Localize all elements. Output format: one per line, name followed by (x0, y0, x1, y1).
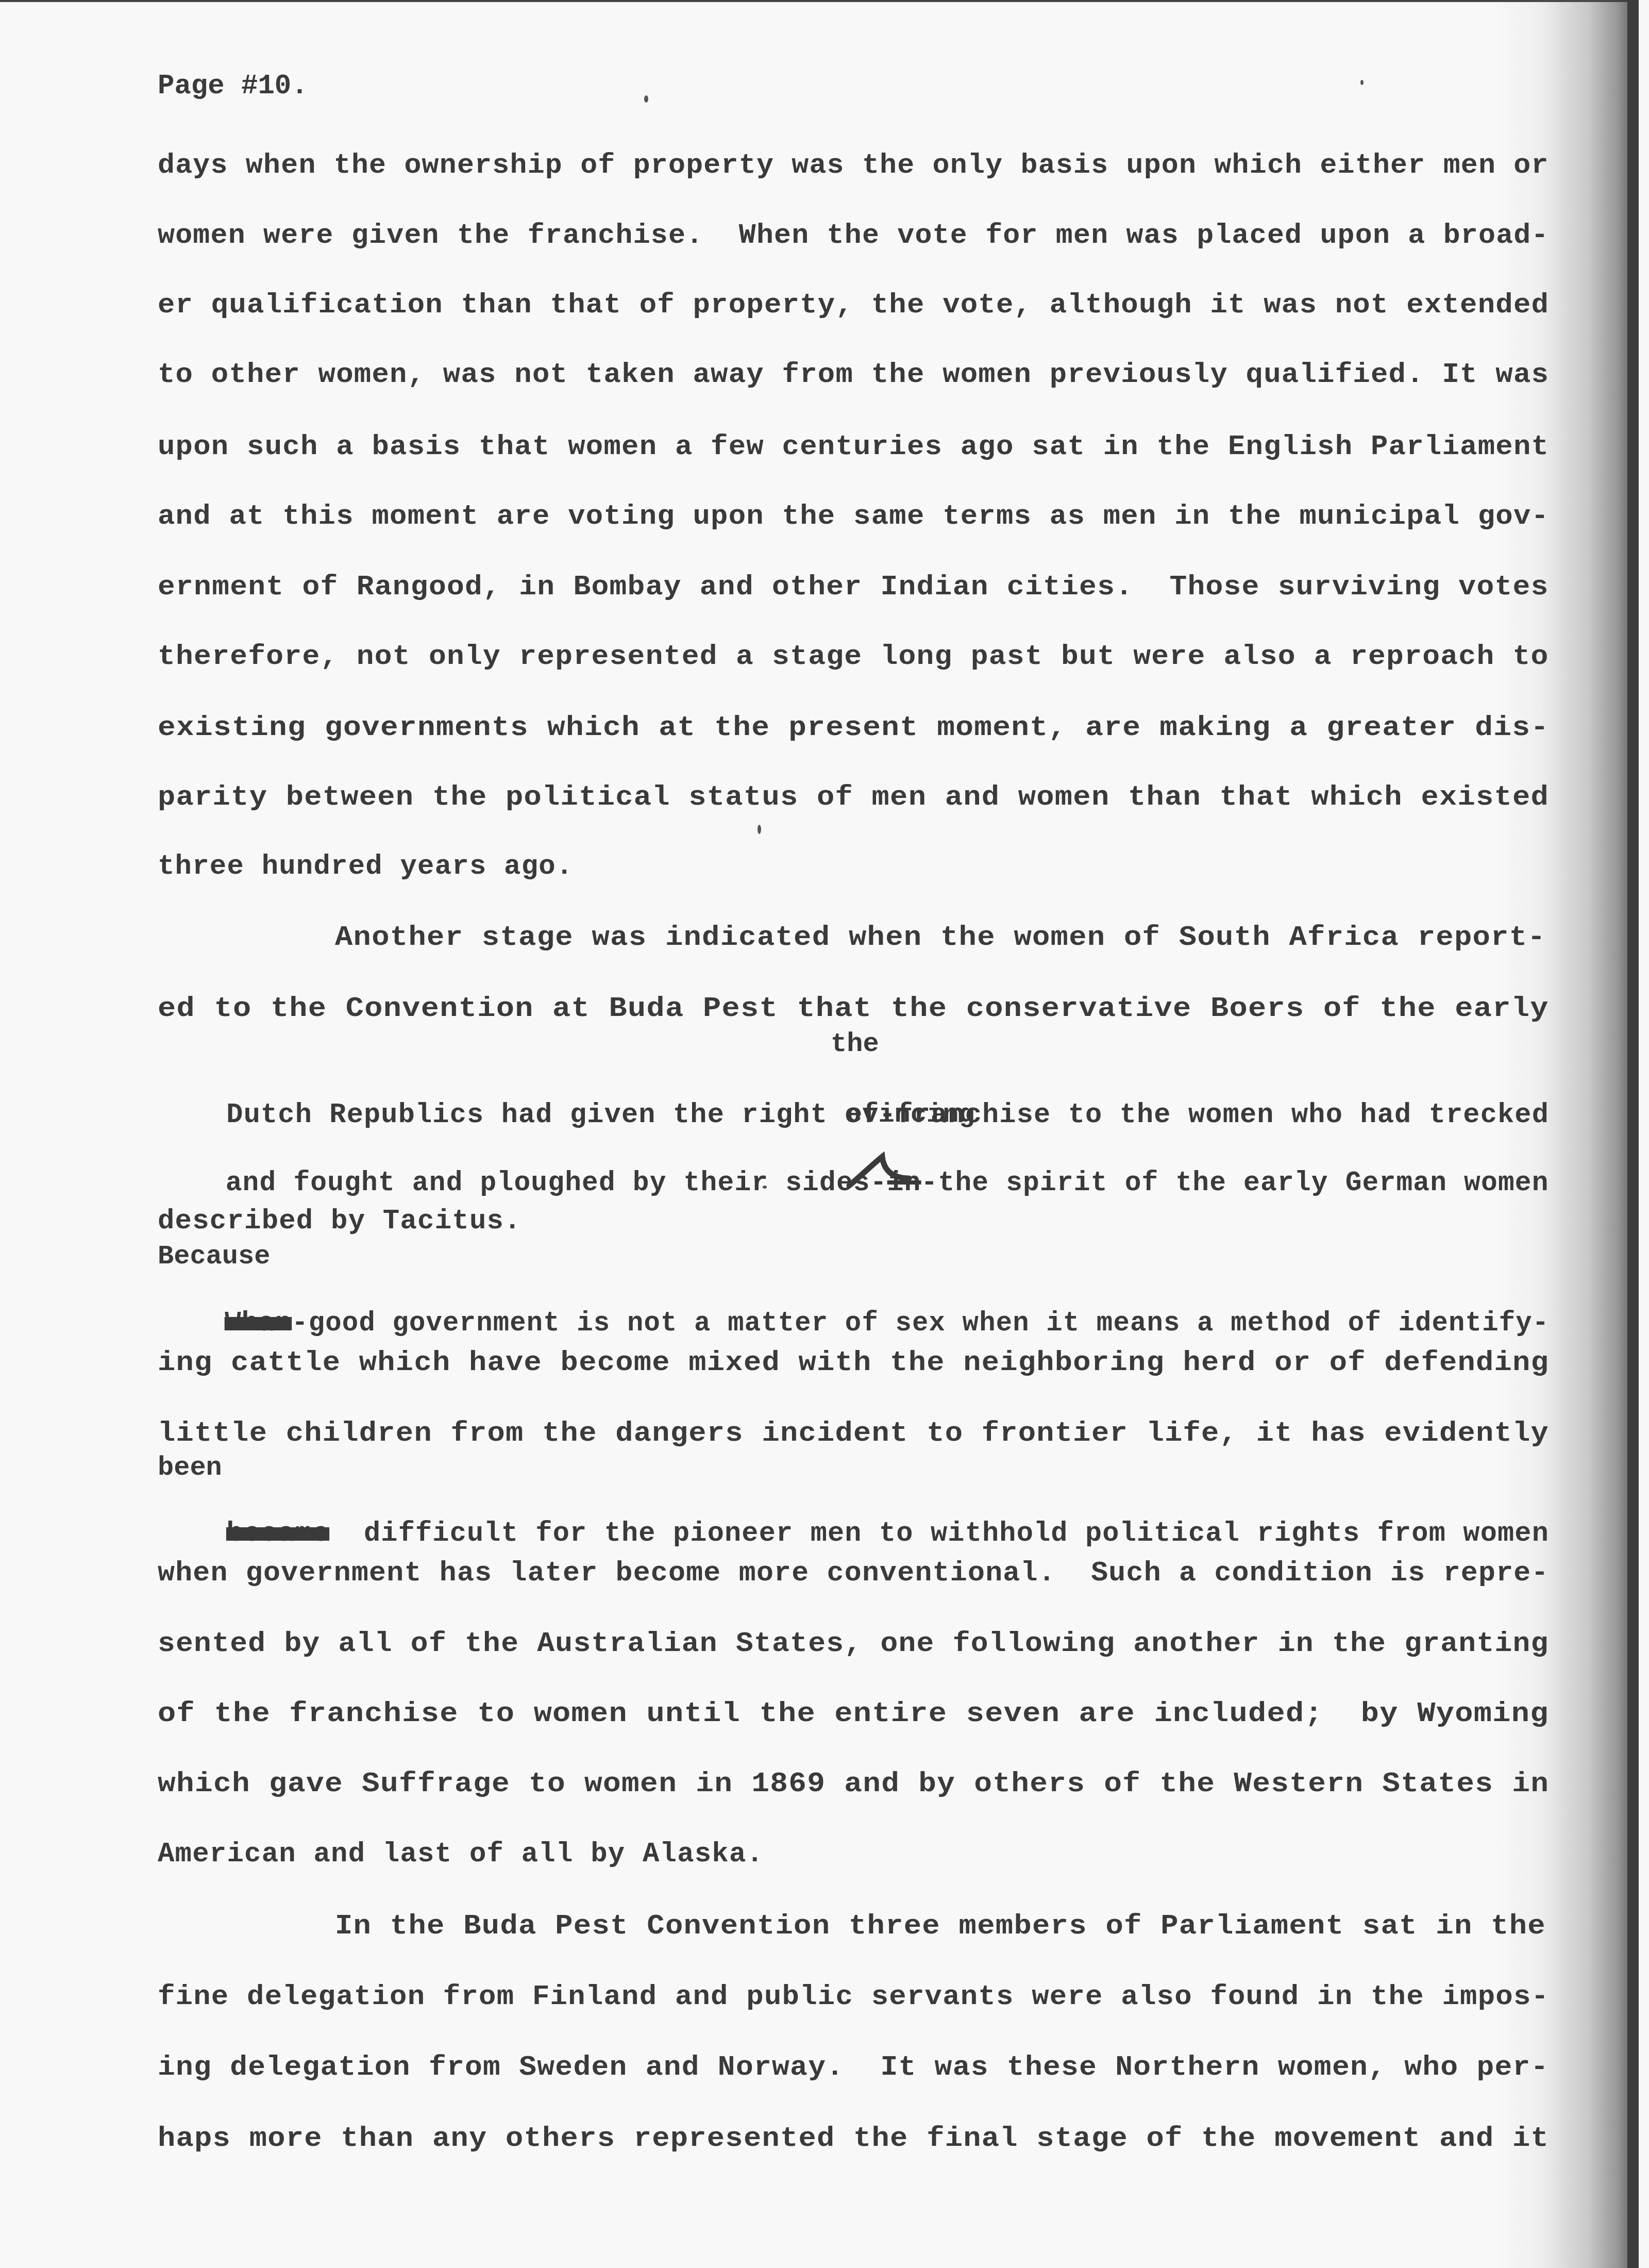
typed-insertion: the (831, 1030, 879, 1059)
typed-insertion: evincing (846, 1100, 975, 1129)
text-line: which gave Suffrage to women in 1869 and… (158, 1769, 1549, 1800)
text-line: when government has later become more co… (158, 1558, 1549, 1589)
struck-word: Whan (225, 1308, 292, 1339)
text-segment: -the spirit of the early German women (921, 1168, 1549, 1199)
text-line: er qualification than that of property, … (158, 290, 1549, 321)
typed-insertion: been (158, 1454, 222, 1482)
text-line: parity between the political status of m… (158, 782, 1549, 813)
text-segment: Dutch Republics had given the right of (226, 1099, 879, 1131)
text-segment: and fought and ploughed by their sides- (226, 1168, 887, 1199)
scan-right-edge (1627, 0, 1639, 2268)
text-line: upon such a basis that women a few centu… (158, 432, 1549, 463)
text-line: ing cattle which have become mixed with … (158, 1348, 1549, 1379)
scan-speck (644, 95, 648, 103)
text-segment: difficult for the pioneer men to withhol… (329, 1518, 1549, 1549)
text-line: ing delegation from Sweden and Norway. I… (158, 2053, 1549, 2083)
text-segment: -franchise to the women who had trecked (879, 1099, 1549, 1131)
scan-speck (1360, 80, 1364, 85)
text-line: Another stage was indicated when the wom… (335, 923, 1546, 954)
handwritten-caret-icon (845, 1149, 912, 1191)
text-line: In the Buda Pest Convention three member… (335, 1911, 1546, 1942)
text-line: ed to the Convention at Buda Pest that t… (158, 994, 1549, 1025)
text-line: existing governments which at the presen… (158, 713, 1549, 744)
text-line: American and last of all by Alaska. (158, 1839, 764, 1870)
text-line: women were given the franchise. When the… (158, 221, 1549, 252)
text-segment: -good government is not a matter of sex … (292, 1308, 1549, 1339)
text-line: sented by all of the Australian States, … (158, 1629, 1549, 1660)
document-page: Page #10. days when the ownership of pro… (0, 0, 1639, 2268)
text-line: three hundred years ago. (158, 852, 574, 882)
text-line: and at this moment are voting upon the s… (158, 502, 1549, 532)
text-line: described by Tacitus. (158, 1206, 521, 1237)
text-line: of the franchise to women until the enti… (158, 1699, 1549, 1730)
text-line: to other women, was not taken away from … (158, 360, 1549, 391)
page-number: Page #10. (158, 71, 308, 102)
text-line: therefore, not only represented a stage … (158, 642, 1549, 673)
scan-top-edge (0, 0, 1639, 2)
text-line: days when the ownership of property was … (158, 151, 1549, 181)
text-line: fine delegation from Finland and public … (158, 1982, 1549, 2013)
text-line: little children from the dangers inciden… (158, 1419, 1549, 1449)
text-line: haps more than any others represented th… (158, 2124, 1549, 2155)
struck-word: became (226, 1519, 329, 1549)
text-line: ernment of Rangood, in Bombay and other … (158, 572, 1549, 603)
scan-speck (758, 825, 761, 834)
typed-insertion: Because (158, 1242, 270, 1271)
